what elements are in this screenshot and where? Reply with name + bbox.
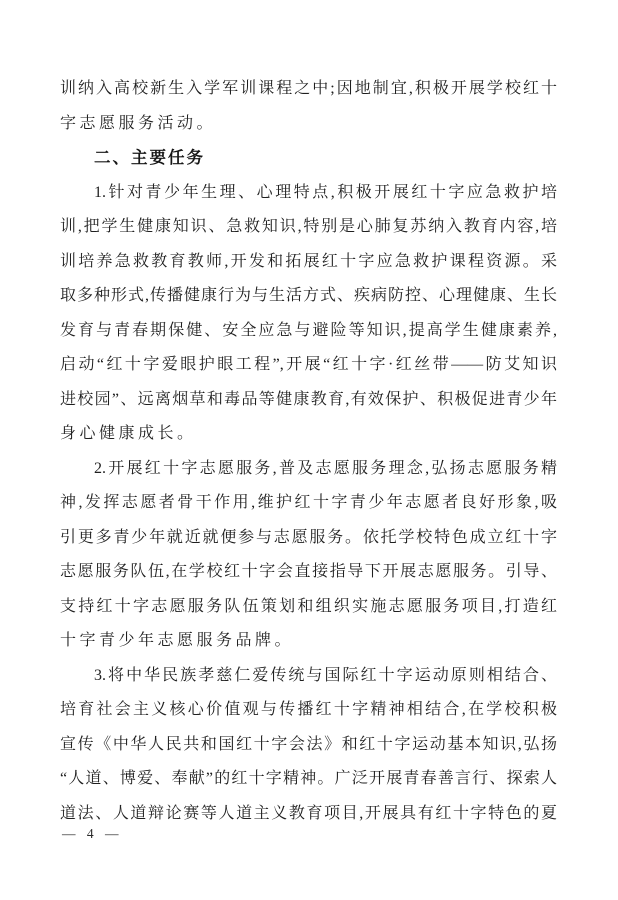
document-body: 训纳入高校新生入学军训课程之中;因地制宜,积极开展学校红十 字志愿服务活动。 二…	[60, 72, 557, 831]
text-line: 取多种形式,传播健康行为与生活方式、疾病防控、心理健康、生长	[60, 279, 557, 314]
text-line: 训,把学生健康知识、急救知识,特别是心肺复苏纳入教育内容,培	[60, 210, 557, 245]
page-number: — 4 —	[62, 822, 123, 846]
text-line: 道法、人道辩论赛等人道主义教育项目,开展具有红十字特色的夏	[60, 797, 557, 832]
text-line: 2.开展红十字志愿服务,普及志愿服务理念,弘扬志愿服务精	[60, 452, 557, 487]
text-line: 引更多青少年就近就便参与志愿服务。依托学校特色成立红十字	[60, 521, 557, 556]
text-line: “人道、博爱、奉献”的红十字精神。广泛开展青春善言行、探索人	[60, 762, 557, 797]
text-line: 十字青少年志愿服务品牌。	[60, 624, 557, 659]
text-line: 支持红十字志愿服务队伍策划和组织实施志愿服务项目,打造红	[60, 590, 557, 625]
text-line: 神,发挥志愿者骨干作用,维护红十字青少年志愿者良好形象,吸	[60, 486, 557, 521]
text-line: 1.针对青少年生理、心理特点,积极开展红十字应急救护培	[60, 176, 557, 211]
section-heading: 二、主要任务	[60, 141, 557, 176]
text-line: 训培养急救教育教师,开发和拓展红十字应急救护课程资源。采	[60, 245, 557, 280]
text-line: 发育与青春期保健、安全应急与避险等知识,提高学生健康素养,	[60, 314, 557, 349]
text-line: 宣传《中华人民共和国红十字会法》和红十字运动基本知识,弘扬	[60, 728, 557, 763]
text-line: 3.将中华民族孝慈仁爱传统与国际红十字运动原则相结合、	[60, 659, 557, 694]
text-line: 启动“红十字爱眼护眼工程”,开展“红十字·红丝带——防艾知识	[60, 348, 557, 383]
text-line: 身心健康成长。	[60, 417, 557, 452]
text-line: 培育社会主义核心价值观与传播红十字精神相结合,在学校积极	[60, 693, 557, 728]
text-line: 训纳入高校新生入学军训课程之中;因地制宜,积极开展学校红十	[60, 72, 557, 107]
document-page: 训纳入高校新生入学军训课程之中;因地制宜,积极开展学校红十 字志愿服务活动。 二…	[0, 0, 618, 900]
text-line: 志愿服务队伍,在学校红十字会直接指导下开展志愿服务。引导、	[60, 555, 557, 590]
text-line: 字志愿服务活动。	[60, 107, 557, 142]
text-line: 进校园”、远离烟草和毒品等健康教育,有效保护、积极促进青少年	[60, 383, 557, 418]
